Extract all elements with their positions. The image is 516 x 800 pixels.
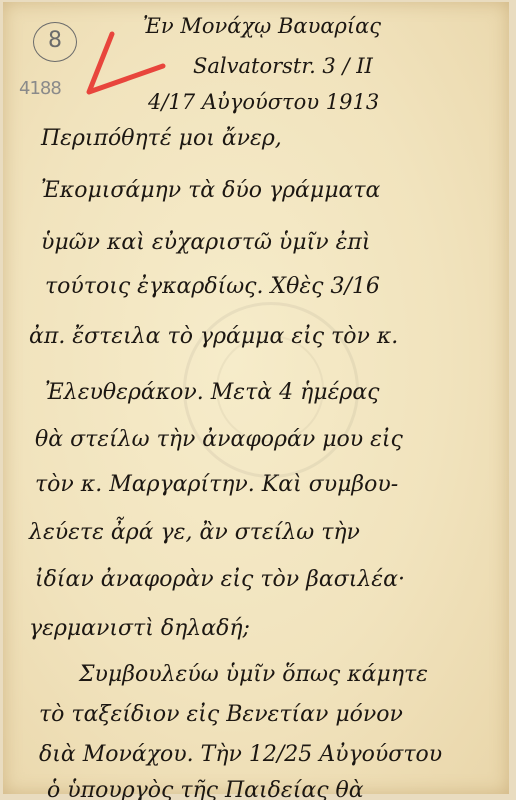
letter-line: γερμανιστὶ δηλαδή; [29,616,250,641]
letter-line: τὸ ταξείδιον εἰς Βενετίαν μόνον [39,702,403,727]
letter-line: Ἐκομισάμην τὰ δύο γράμματα [41,178,380,203]
letter-line: τὸν κ. Μαργαρίτην. Καὶ συμβου- [35,472,398,497]
archive-catalog-number: 4188 [19,78,61,99]
letter-line: ἰδίαν ἀναφορὰν εἰς τὸν βασιλέα· [35,567,405,592]
header-address: Salvatorstr. 3 / II [193,54,373,78]
letter-line: ὑμῶν καὶ εὐχαριστῶ ὑμῖν ἐπὶ [41,230,370,255]
letter-line: τούτοις ἐγκαρδίως. Χθὲς 3/16 [45,274,380,299]
header-date: 4/17 Αὐγούστου 1913 [148,90,379,114]
letter-line: Περιπόθητέ μοι ἄνερ, [41,126,282,151]
archive-circled-number: 8 [33,22,77,62]
letter-line: λεύετε ἆρά γε, ἂν στείλω τὴν [29,520,360,545]
header-place: Ἐν Μονάχῳ Βαυαρίας [143,14,381,38]
letter-paper: 8 4188 Ἐν Μονάχῳ Βαυαρίας Salvatorstr. 3… [3,2,509,794]
letter-line: ὁ ὑπουργὸς τῆς Παιδείας θὰ [47,778,364,800]
letter-line: ἀπ. ἔστειλα τὸ γράμμα εἰς τὸν κ. [29,324,398,349]
letter-line: Συμβουλεύω ὑμῖν ὅπως κάμητε [79,662,428,687]
letter-line: διὰ Μονάχου. Τὴν 12/25 Αὐγούστου [39,742,442,767]
letter-line: Ἐλευθεράκον. Μετὰ 4 ἡμέρας [45,380,380,405]
letter-line: θὰ στείλω τὴν ἀναφοράν μου εἰς [35,427,403,452]
